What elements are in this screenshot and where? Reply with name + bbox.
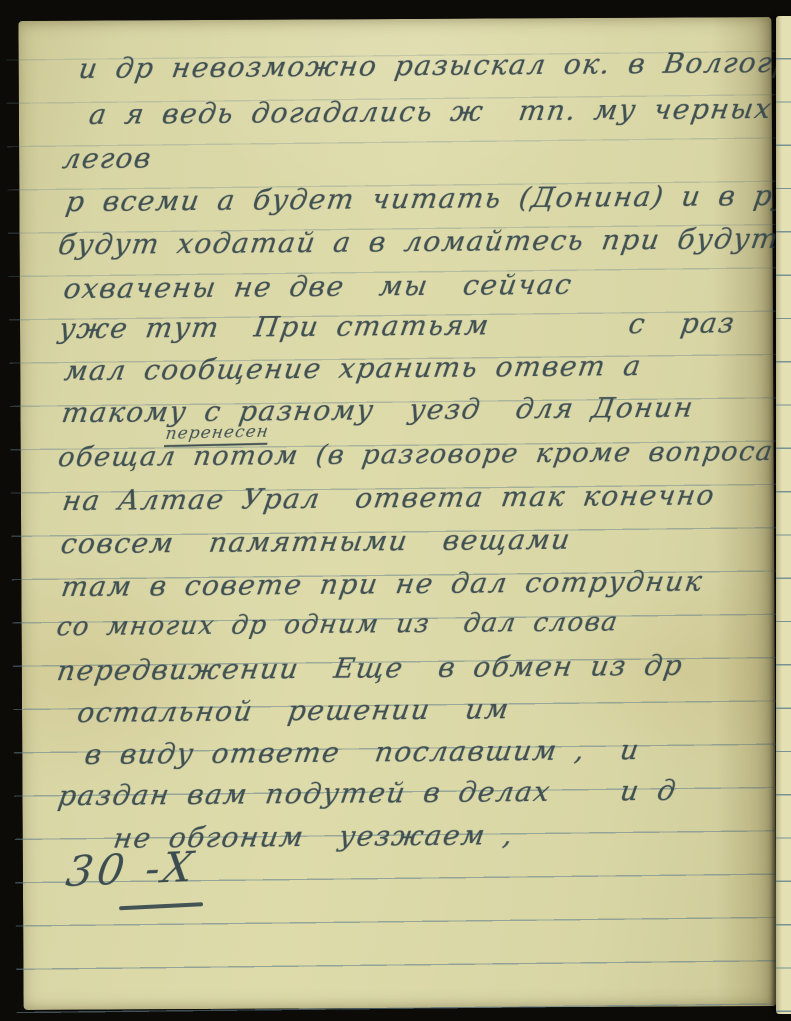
handwriting-line: легов — [60, 141, 154, 175]
handwriting-line: совсем памятными вещами — [59, 522, 574, 559]
handwriting-line: а я ведь догадались ж тп. му черных — [87, 92, 775, 131]
handwriting-line: там в совете при не дал сотрудник — [59, 564, 706, 603]
photo-background: и др невозможно разыскал ок. в Волгоград… — [0, 0, 791, 1021]
date-mark: 30 -X — [63, 842, 200, 896]
handwriting-line: со многих др одним из дал слова — [55, 607, 621, 642]
handwriting-line: раздан вам подутей в делах и д — [56, 774, 679, 812]
notebook-page: и др невозможно разыскал ок. в Волгоград… — [18, 17, 776, 1010]
handwriting-line: на Алтае Урал ответа так конечно — [60, 478, 717, 517]
handwriting-line: уже тут При статьям с раз — [57, 306, 738, 345]
inserted-underlined-word: перенесен — [164, 422, 270, 447]
handwriting-line: такому с разному уезд для Донин — [60, 390, 697, 429]
handwriting-line: охвачены не две мы сейчас — [62, 267, 575, 304]
handwriting-line: и др невозможно разыскал ок. в Волгоград… — [77, 45, 791, 85]
handwriting-line: будут ходатай а в ломайтесь при будут — [56, 222, 782, 261]
handwriting-line: остальной решении им — [75, 692, 512, 729]
underlying-page-edge — [776, 16, 791, 1014]
handwriting-line: р всеми а будет читать (Донина) и в руке — [64, 178, 791, 218]
handwriting-line: передвижении Еще в обмен из др — [55, 648, 686, 687]
handwriting-line: мал сообщение хранить ответ а — [62, 349, 644, 387]
handwriting-line: в виду ответе пославшим , и — [83, 733, 643, 771]
